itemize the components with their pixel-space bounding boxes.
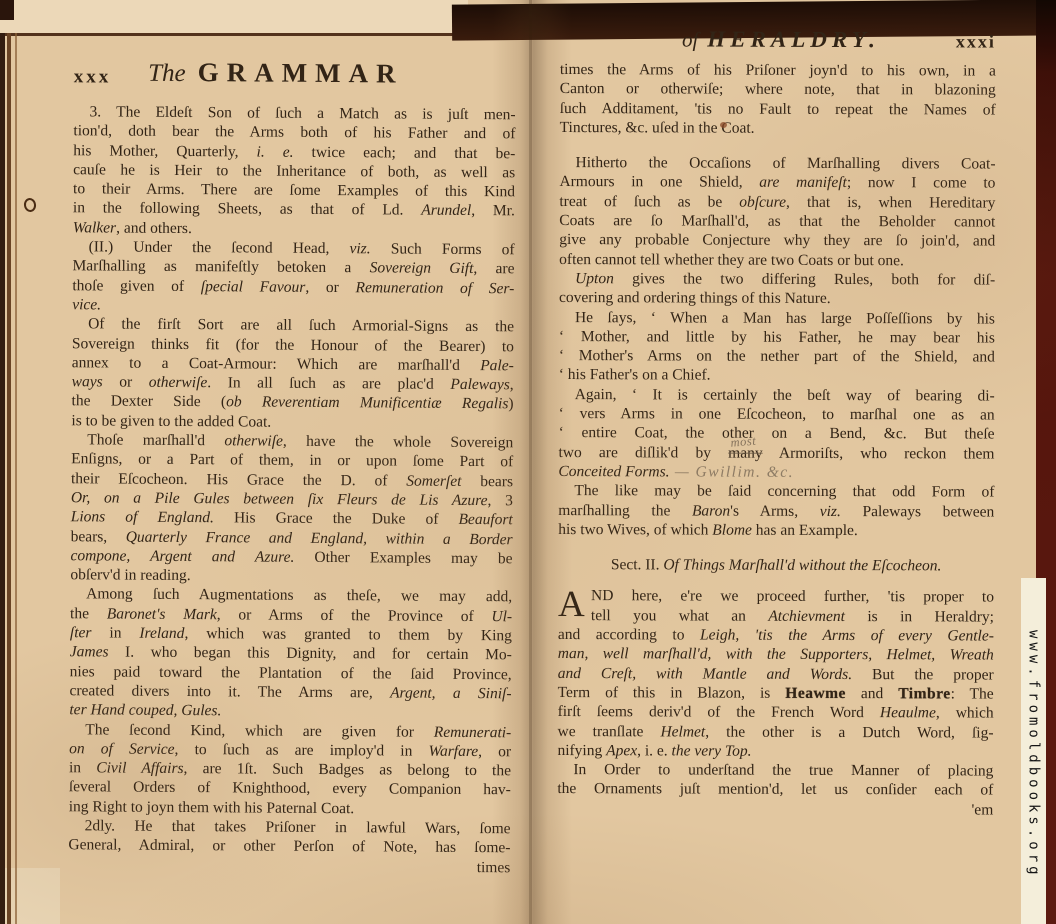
left-page-edge-line <box>7 33 11 924</box>
text-line: ſuch Additament, 'tis no Fault to repeat… <box>560 99 996 120</box>
text-line: ‘ his Father's on a Chief. <box>559 365 995 386</box>
paragraph: Of the firſt Sort are all ſuch Armorial-… <box>71 314 514 433</box>
text-line: ‘ Mother's Arms on the nether part of th… <box>559 346 995 367</box>
paragraph: Upton gives the two differing Rules, bot… <box>559 269 995 309</box>
right-running-header: ofHERALDRY. xxxi <box>552 26 1010 56</box>
blackletter-word: Heawme <box>785 685 846 702</box>
pencil-annotation: — Gwillim. &c. <box>669 463 794 480</box>
text-line: Of the firſt Sort are all ſuch Armorial-… <box>72 314 514 336</box>
paragraph: The ſecond Kind, which are given for Rem… <box>69 720 512 820</box>
paragraph: He ſays, ‘ When a Man has large Poſſeſſi… <box>559 308 995 387</box>
running-title-main: HERALDRY. <box>707 27 880 53</box>
right-page-body: times the Arms of his Priſoner joyn'd to… <box>557 60 996 820</box>
paragraph: Among ſuch Augmentations as theſe, we ma… <box>69 585 512 723</box>
running-title-prefix: The <box>148 60 186 87</box>
left-running-title: TheGRAMMAR <box>40 56 512 90</box>
text-line: tion'd, doth bear the Arms both of his F… <box>73 122 515 144</box>
text-line: The like may be ſaid concerning that odd… <box>558 481 994 502</box>
text-line: ‘ Mother, and little by his Father, he m… <box>559 327 995 348</box>
watermark-text: www.fromoldbooks.org <box>1026 578 1042 924</box>
text-line: two are diſlik'd by manymost Armoriſts, … <box>558 443 994 464</box>
section-heading: Sect. II. Of Things Marſhall'd without t… <box>558 555 994 576</box>
text-line: covering and ordering things of this Nat… <box>559 288 995 309</box>
text-line: his two Wives, of which Blome has an Exa… <box>558 520 994 541</box>
text-line: Again, ‘ It is certainly the beſt way of… <box>559 385 995 406</box>
catchword: times <box>68 855 510 877</box>
left-page-edge-line-inner <box>15 33 17 924</box>
running-title-main: GRAMMAR <box>198 57 404 88</box>
pencil-annotation: most <box>729 431 756 452</box>
running-title-prefix: of <box>682 27 698 51</box>
text-line: Tinctures, &c. uſed in the Coat. <box>560 118 996 139</box>
text-line: and Creſt, with Mantle and Words. But th… <box>558 664 994 685</box>
text-line: firſt ſeems deriv'd of the French Word H… <box>558 702 994 723</box>
text-line: Conceited Forms. — Gwillim. &c. <box>558 462 994 483</box>
top-left-corner-shadow <box>0 0 14 20</box>
text-line: the Ornaments juſt mention'd, let us con… <box>557 779 993 800</box>
blackletter-word: Timbre <box>898 685 950 702</box>
text-line: In Order to underſtand the true Manner o… <box>557 760 993 781</box>
text-line: Upton gives the two differing Rules, bot… <box>559 269 995 290</box>
text-line: we tranſlate Helmet, the other is a Dutc… <box>558 722 994 743</box>
left-book-edge <box>0 33 5 924</box>
text-line: General, Admiral, or other Perſon of Not… <box>68 835 510 857</box>
text-line: Hitherto the Occaſions of Marſhalling di… <box>559 153 995 174</box>
text-line: Enſigns, or a Part of them, in or upon ſ… <box>71 450 513 472</box>
left-page-content: xxx TheGRAMMAR 3. The Eldeſt Son of ſuch… <box>34 52 512 877</box>
text-line: Coats are ſo Marſhall'd, as that the Beh… <box>559 211 995 232</box>
text-line: often cannot tell whether they are two C… <box>559 250 995 271</box>
right-page: ofHERALDRY. xxxi times the Arms of his P… <box>552 26 1010 818</box>
paragraph: AND here, e're we proceed further, 'tis … <box>557 586 994 761</box>
paragraph: 3. The Eldeſt Son of ſuch a Match as is … <box>73 102 516 240</box>
text-line: James I. who began this Dignity, and for… <box>70 643 512 665</box>
text-line: treat of ſuch as be obſcure, that is, wh… <box>559 192 995 213</box>
text-line: He ſays, ‘ When a Man has large Poſſeſſi… <box>559 308 995 329</box>
right-page-content: ofHERALDRY. xxxi times the Arms of his P… <box>549 26 1010 820</box>
ink-spot <box>720 122 727 128</box>
paragraph: Thoſe marſhall'd otherwiſe, have the who… <box>70 430 513 587</box>
text-line: ſeveral Orders of Knighthood, every Comp… <box>69 778 511 800</box>
text-line: nifying Apex, i. e. the very Top. <box>557 741 993 762</box>
paragraph: In Order to underſtand the true Manner o… <box>557 760 993 819</box>
text-line: man, well marſhall'd, with the Supporter… <box>558 644 994 665</box>
drop-cap: A <box>558 587 585 623</box>
text-line: thoſe given of ſpecial Favour, or Remune… <box>72 276 514 298</box>
text-line: Term of this in Blazon, is Heawme and Ti… <box>558 683 994 704</box>
paragraph: The like may be ſaid concerning that odd… <box>558 481 994 540</box>
text-line: times the Arms of his Priſoner joyn'd to… <box>560 60 996 81</box>
left-page: xxx TheGRAMMAR 3. The Eldeſt Son of ſuch… <box>40 52 512 874</box>
left-running-header: xxx TheGRAMMAR <box>40 52 512 101</box>
paragraph: Hitherto the Occaſions of Marſhalling di… <box>559 153 995 270</box>
text-line: and according to Leigh, 'tis the Arms of… <box>558 625 994 646</box>
text-line: ND here, e're we proceed further, 'tis p… <box>558 586 994 607</box>
paragraph: 2dly. He that takes Priſoner in lawful W… <box>68 816 510 877</box>
paragraph: (II.) Under the ſecond Head, viz. Such F… <box>72 237 515 317</box>
paragraph: Again, ‘ It is certainly the beſt way of… <box>558 385 994 483</box>
text-line: ‘ entire Coat, the other on a Bend, &c. … <box>559 423 995 444</box>
catchword: 'em <box>557 799 993 820</box>
text-line: Sect. II. Of Things Marſhall'd without t… <box>558 555 994 576</box>
right-page-number: xxxi <box>956 31 996 52</box>
left-page-body: 3. The Eldeſt Son of ſuch a Match as is … <box>68 102 515 877</box>
top-page-edge <box>0 0 468 36</box>
text-line: tell you what an Atchievment is in Heral… <box>558 606 994 627</box>
right-running-title: ofHERALDRY. <box>552 26 1010 54</box>
watermark-strip: www.fromoldbooks.org <box>1021 578 1046 924</box>
text-line: give any probable Conjecture why they ar… <box>559 230 995 251</box>
text-line: Canton or otherwiſe; where note, that in… <box>560 79 996 100</box>
ink-ring-mark <box>23 197 37 213</box>
text-line: Marſhalling as manifeſtly betoken a Sove… <box>72 257 514 279</box>
text-line: Among ſuch Augmentations as theſe, we ma… <box>70 585 512 607</box>
book-photo: xxx TheGRAMMAR 3. The Eldeſt Son of ſuch… <box>0 0 1056 924</box>
text-line: Lions of England. His Grace the Duke of … <box>71 507 513 529</box>
gutter-crease-line <box>529 0 532 924</box>
text-line: marſhalling the Baron's Arms, viz. Palew… <box>558 501 994 522</box>
paragraph: times the Arms of his Priſoner joyn'd to… <box>560 60 996 139</box>
text-line: Armours in one Shield, are manifeſt; now… <box>559 173 995 194</box>
text-line: ‘ vers Arms in one Eſcocheon, to marſhal… <box>559 404 995 425</box>
